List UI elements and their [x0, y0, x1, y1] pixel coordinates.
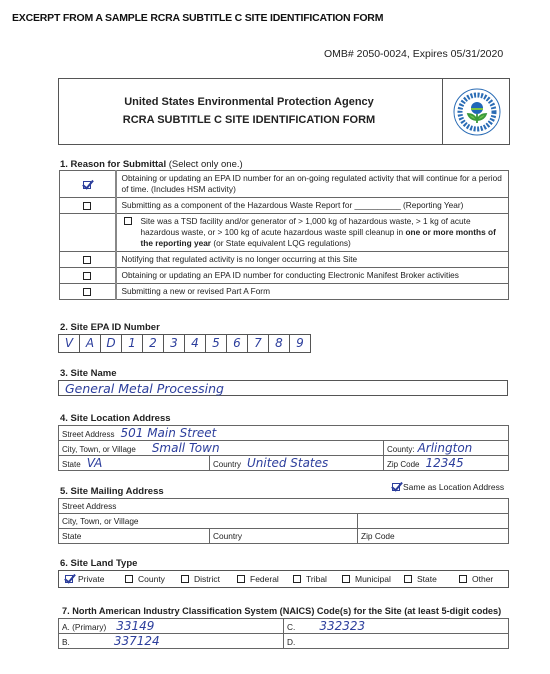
land-option-private[interactable]: Private — [65, 574, 125, 584]
epa-id-char: D — [101, 335, 122, 352]
location-state-field[interactable]: StateVA — [59, 456, 210, 471]
land-option-district[interactable]: District — [181, 574, 237, 584]
reason-checkbox-6[interactable] — [83, 288, 91, 296]
location-county-field[interactable]: County:Arlington — [384, 441, 509, 456]
mailing-city-field[interactable]: City, Town, or Village — [59, 514, 358, 529]
checkbox-icon — [293, 575, 301, 583]
naics-table: A. (Primary)33149 C.332323 B.337124 D. — [58, 618, 509, 649]
land-option-county[interactable]: County — [125, 574, 181, 584]
land-option-municipal[interactable]: Municipal — [342, 574, 404, 584]
naics-b-field[interactable]: B.337124 — [59, 634, 284, 649]
same-as-location-checkbox[interactable]: Same as Location Address — [392, 482, 504, 492]
reason-sub-checkbox[interactable] — [124, 217, 132, 225]
reason-text: Submitting a new or revised Part A Form — [116, 284, 509, 300]
same-as-label: Same as Location Address — [403, 482, 504, 492]
reason-text: Notifying that regulated activity is no … — [116, 252, 509, 268]
site-name-field[interactable]: General Metal Processing — [58, 380, 508, 396]
reason-text: Site was a TSD facility and/or generator… — [141, 216, 504, 249]
epa-id-char: V — [59, 335, 80, 352]
checkbox-icon — [125, 575, 133, 583]
section3-label: 3. Site Name — [60, 368, 117, 379]
naics-c-field[interactable]: C.332323 — [284, 619, 509, 634]
land-type-options: Private County District Federal Tribal M… — [58, 570, 509, 588]
naics-a-field[interactable]: A. (Primary)33149 — [59, 619, 284, 634]
location-address-table: Street Address501 Main Street City, Town… — [58, 425, 509, 471]
epa-id-char: 6 — [227, 335, 248, 352]
section2-label: 2. Site EPA ID Number — [60, 322, 160, 333]
reason-row: Submitting as a component of the Hazardo… — [60, 198, 509, 214]
section7-label: 7. North American Industry Classificatio… — [62, 606, 501, 616]
form-header: United States Environmental Protection A… — [58, 78, 510, 145]
checkbox-icon — [392, 483, 400, 491]
location-city-field[interactable]: City, Town, or VillageSmall Town — [59, 441, 384, 456]
reason-row: Obtaining or updating an EPA ID number f… — [60, 171, 509, 198]
checkbox-icon — [459, 575, 467, 583]
reason-row: Submitting a new or revised Part A Form — [60, 284, 509, 300]
epa-id-field[interactable]: V A D 1 2 3 4 5 6 7 8 9 — [58, 334, 311, 353]
mailing-zip-field[interactable]: Zip Code — [358, 529, 509, 544]
reason-text: Obtaining or updating an EPA ID number f… — [116, 268, 509, 284]
reason-checkbox-2[interactable] — [83, 202, 91, 210]
excerpt-title: EXCERPT FROM A SAMPLE RCRA SUBTITLE C SI… — [12, 12, 383, 24]
reason-table: Obtaining or updating an EPA ID number f… — [59, 170, 509, 300]
checkbox-icon — [237, 575, 245, 583]
section5-label: 5. Site Mailing Address — [60, 486, 164, 497]
checkbox-icon — [342, 575, 350, 583]
section6-label: 6. Site Land Type — [60, 558, 137, 569]
land-option-tribal[interactable]: Tribal — [293, 574, 342, 584]
land-option-federal[interactable]: Federal — [237, 574, 293, 584]
mailing-address-table: Street Address City, Town, or Village St… — [58, 498, 509, 544]
epa-id-char: 4 — [185, 335, 206, 352]
reason-checkbox-1[interactable] — [83, 181, 91, 189]
mailing-country-field[interactable]: Country — [210, 529, 358, 544]
land-option-state[interactable]: State — [404, 574, 459, 584]
epa-id-char: 5 — [206, 335, 227, 352]
form-title: RCRA SUBTITLE C SITE IDENTIFICATION FORM — [59, 111, 439, 129]
location-street-field[interactable]: Street Address501 Main Street — [59, 426, 509, 441]
epa-id-char: 3 — [164, 335, 185, 352]
logo-cell — [442, 79, 510, 144]
mailing-state-field[interactable]: State — [59, 529, 210, 544]
agency-name: United States Environmental Protection A… — [59, 93, 439, 111]
reason-checkbox-4[interactable] — [83, 256, 91, 264]
land-option-other[interactable]: Other — [459, 574, 493, 584]
epa-id-char: A — [80, 335, 101, 352]
epa-id-char: 2 — [143, 335, 164, 352]
naics-d-field[interactable]: D. — [284, 634, 509, 649]
epa-id-char: 1 — [122, 335, 143, 352]
epa-id-char: 9 — [290, 335, 311, 352]
checkbox-icon — [65, 575, 73, 583]
header-title: United States Environmental Protection A… — [59, 93, 439, 129]
omb-number: OMB# 2050-0024, Expires 05/31/2020 — [324, 48, 503, 60]
reason-text: Obtaining or updating an EPA ID number f… — [116, 171, 509, 198]
location-zip-field[interactable]: Zip Code12345 — [384, 456, 509, 471]
epa-seal-icon — [452, 87, 502, 137]
epa-id-char: 7 — [248, 335, 269, 352]
location-country-field[interactable]: CountryUnited States — [210, 456, 384, 471]
mailing-extra-field[interactable] — [358, 514, 509, 529]
reason-row: Site was a TSD facility and/or generator… — [60, 214, 509, 252]
epa-id-char: 8 — [269, 335, 290, 352]
section4-label: 4. Site Location Address — [60, 413, 171, 424]
reason-text: Submitting as a component of the Hazardo… — [116, 198, 509, 214]
section1-label: 1. Reason for Submittal (Select only one… — [60, 159, 243, 170]
mailing-street-field[interactable]: Street Address — [59, 499, 509, 514]
checkbox-icon — [181, 575, 189, 583]
reason-checkbox-5[interactable] — [83, 272, 91, 280]
reason-row: Notifying that regulated activity is no … — [60, 252, 509, 268]
checkbox-icon — [404, 575, 412, 583]
reason-row: Obtaining or updating an EPA ID number f… — [60, 268, 509, 284]
